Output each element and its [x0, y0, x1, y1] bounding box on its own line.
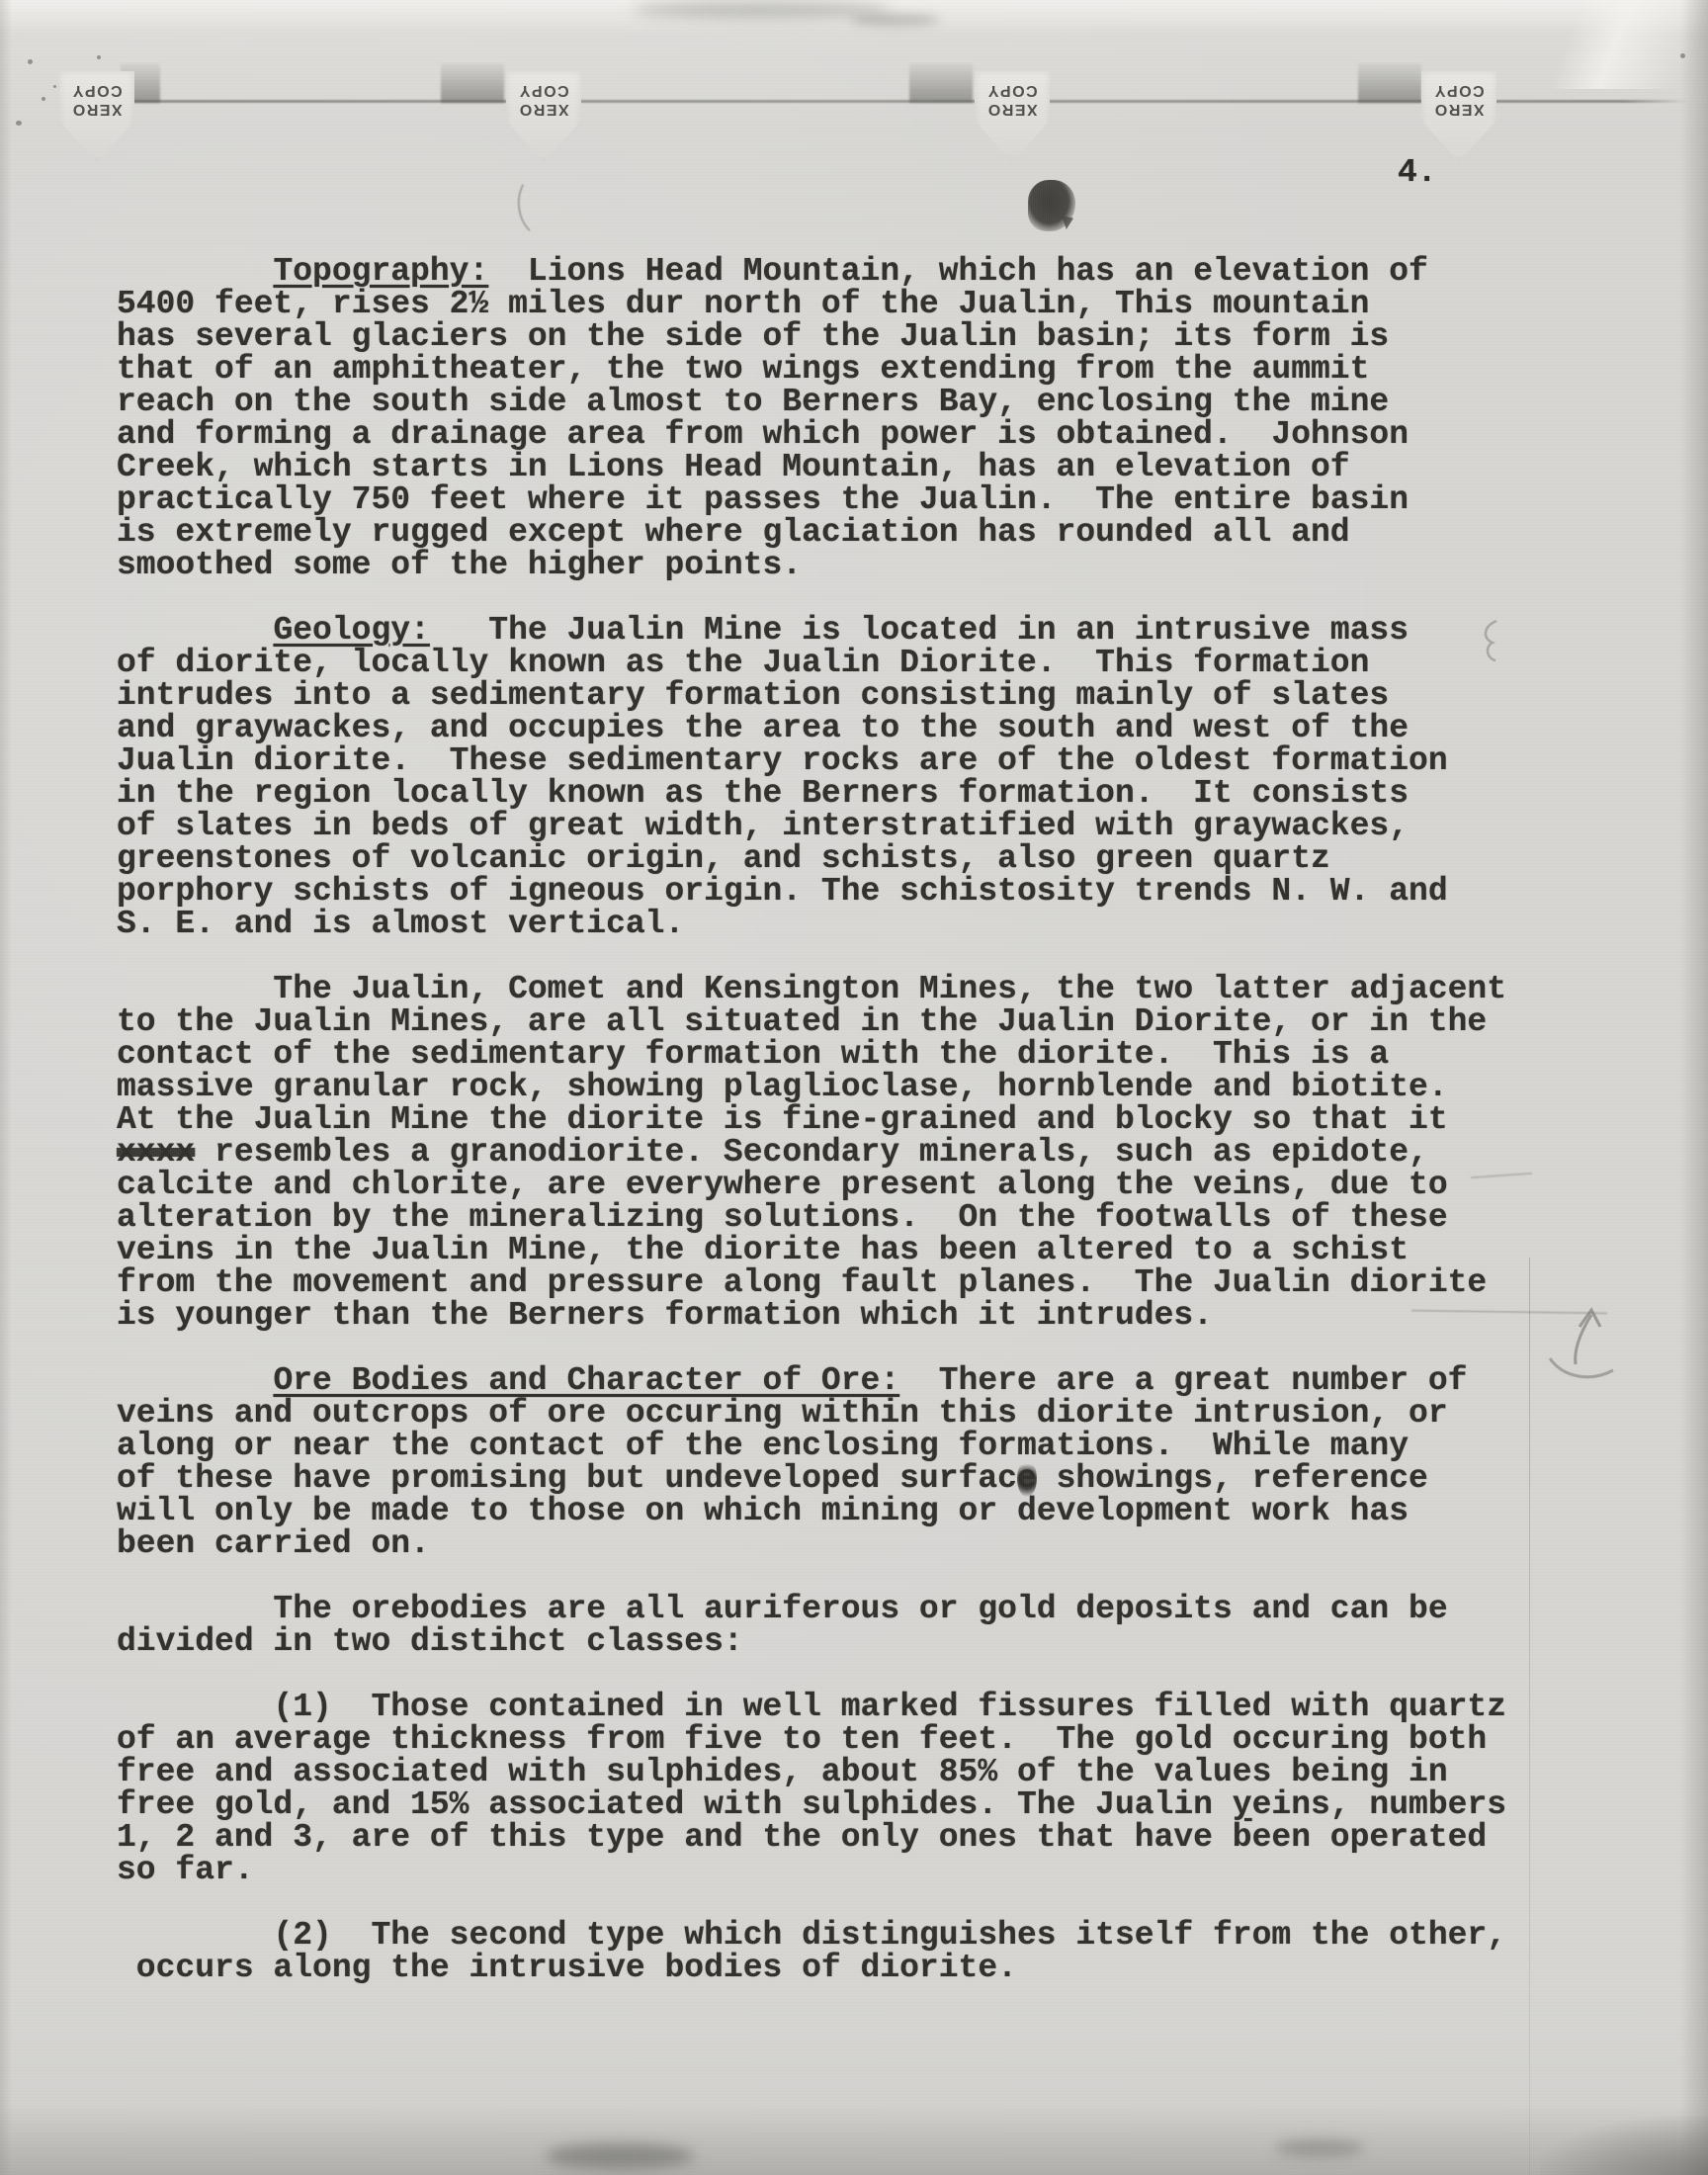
xero-copy-label: XERO COPY — [506, 81, 581, 119]
text-line: Geology: The Jualin Mine is located in a… — [117, 614, 1570, 647]
scan-speck — [53, 85, 56, 88]
scan-speck — [28, 59, 33, 64]
scan-speck — [42, 97, 45, 101]
paragraph: (2) The second type which distinguishes … — [117, 1919, 1570, 1984]
xero-copy-label: XERO COPY — [59, 81, 134, 119]
tab-shadow — [441, 63, 504, 103]
text-line: practically 750 feet where it passes the… — [117, 483, 1570, 516]
scan-smudge — [633, 2, 890, 18]
text-line: contact of the sedimentary formation wit… — [117, 1038, 1570, 1071]
text-line: veins and outcrops of ore occuring withi… — [117, 1397, 1570, 1430]
text-line: The Jualin, Comet and Kensington Mines, … — [117, 973, 1570, 1005]
text-line: (2) The second type which distinguishes … — [117, 1919, 1570, 1952]
text-line: along or near the contact of the enclosi… — [117, 1430, 1570, 1462]
paragraph: Geology: The Jualin Mine is located in a… — [117, 614, 1570, 940]
xero-copy-tab: XERO COPY — [506, 71, 581, 162]
scan-smudge — [850, 14, 939, 26]
text-line: been carried on. — [117, 1527, 1570, 1560]
text-line: xxxx resembles a granodiorite. Secondary… — [117, 1136, 1570, 1169]
text-line: and graywackes, and occupies the area to… — [117, 712, 1570, 744]
tab-shadow — [909, 63, 973, 103]
text-line: will only be made to those on which mini… — [117, 1495, 1570, 1527]
text-line: to the Jualin Mines, are all situated in… — [117, 1005, 1570, 1038]
paragraph: The Jualin, Comet and Kensington Mines, … — [117, 973, 1570, 1332]
paragraph: Topography: Lions Head Mountain, which h… — [117, 255, 1570, 581]
text-line: Topography: Lions Head Mountain, which h… — [117, 255, 1570, 288]
xero-copy-label: XERO COPY — [1421, 81, 1496, 119]
xero-copy-label: XERO COPY — [975, 81, 1050, 119]
text-line: is younger than the Berners formation wh… — [117, 1299, 1570, 1332]
text-line: massive granular rock, showing plagliocl… — [117, 1071, 1570, 1103]
text-line: (1) Those contained in well marked fissu… — [117, 1691, 1570, 1723]
text-line: smoothed some of the higher points. — [117, 549, 1570, 581]
text-line: free and associated with sulphides, abou… — [117, 1756, 1570, 1788]
scan-smudge — [546, 2143, 694, 2169]
text-line: The orebodies are all auriferous or gold… — [117, 1593, 1570, 1625]
text-line: from the movement and pressure along fau… — [117, 1266, 1570, 1299]
text-line: and forming a drainage area from which p… — [117, 418, 1570, 451]
paragraph: Ore Bodies and Character of Ore: There a… — [117, 1364, 1570, 1560]
paragraph: (1) Those contained in well marked fissu… — [117, 1691, 1570, 1886]
text-line: has several glaciers on the side of the … — [117, 320, 1570, 353]
text-line: is extremely rugged except where glaciat… — [117, 516, 1570, 549]
pencil-squiggle-mark — [1475, 617, 1506, 669]
scan-speck — [16, 121, 22, 126]
pencil-arrow-mark — [1530, 1297, 1629, 1401]
text-line: Creek, which starts in Lions Head Mounta… — [117, 451, 1570, 483]
text-line: S. E. and is almost vertical. — [117, 908, 1570, 940]
scan-smudge — [1275, 2139, 1364, 2157]
paper-crease — [1529, 1258, 1530, 2175]
page-right-edge — [1680, 0, 1708, 2175]
text-line: 1, 2 and 3, are of this type and the onl… — [117, 1821, 1570, 1854]
text-line: free gold, and 15% associated with sulph… — [117, 1788, 1570, 1821]
xero-copy-tab: XERO COPY — [975, 71, 1050, 162]
page-bottom-edge — [0, 2104, 1708, 2175]
document-text: Topography: Lions Head Mountain, which h… — [117, 255, 1570, 2017]
text-line: of diorite, locally known as the Jualin … — [117, 647, 1570, 679]
pencil-curve-mark — [514, 171, 567, 240]
text-line: intrudes into a sedimentary formation co… — [117, 679, 1570, 712]
xero-copy-tab: XERO COPY — [59, 71, 134, 162]
text-line: divided in two distihct classes: — [117, 1625, 1570, 1658]
text-line: greenstones of volcanic origin, and schi… — [117, 842, 1570, 875]
text-line: of these have promising but undeveloped … — [117, 1462, 1570, 1495]
text-line: reach on the south side almost to Berner… — [117, 386, 1570, 418]
text-line: porphory schists of igneous origin. The … — [117, 875, 1570, 908]
text-line: that of an amphitheater, the two wings e… — [117, 353, 1570, 386]
text-line: alteration by the mineralizing solutions… — [117, 1201, 1570, 1234]
tab-shadow — [1358, 63, 1421, 103]
text-line: in the region locally known as the Berne… — [117, 777, 1570, 810]
text-line: of slates in beds of great width, inters… — [117, 810, 1570, 842]
text-line: of an average thickness from five to ten… — [117, 1723, 1570, 1756]
page-number: 4. — [1398, 154, 1437, 191]
text-line: Jualin diorite. These sedimentary rocks … — [117, 744, 1570, 777]
text-line: 5400 feet, rises 2½ miles dur north of t… — [117, 288, 1570, 320]
text-line: calcite and chlorite, are everywhere pre… — [117, 1169, 1570, 1201]
text-line: occurs along the intrusive bodies of dio… — [117, 1952, 1570, 1984]
page-bottom-corner — [1540, 2116, 1708, 2175]
page-left-edge — [0, 0, 12, 2175]
paragraph: The orebodies are all auriferous or gold… — [117, 1593, 1570, 1658]
ink-blob-mark — [1028, 180, 1075, 231]
text-line: At the Jualin Mine the diorite is fine-g… — [117, 1103, 1570, 1136]
scanned-page: XERO COPY XERO COPY XERO COPY XERO COPY … — [0, 0, 1708, 2175]
text-line: Ore Bodies and Character of Ore: There a… — [117, 1364, 1570, 1397]
text-line: so far. — [117, 1854, 1570, 1886]
xero-copy-tab: XERO COPY — [1421, 71, 1496, 162]
text-line: veins in the Jualin Mine, the diorite ha… — [117, 1234, 1570, 1266]
scan-speck — [97, 55, 101, 59]
